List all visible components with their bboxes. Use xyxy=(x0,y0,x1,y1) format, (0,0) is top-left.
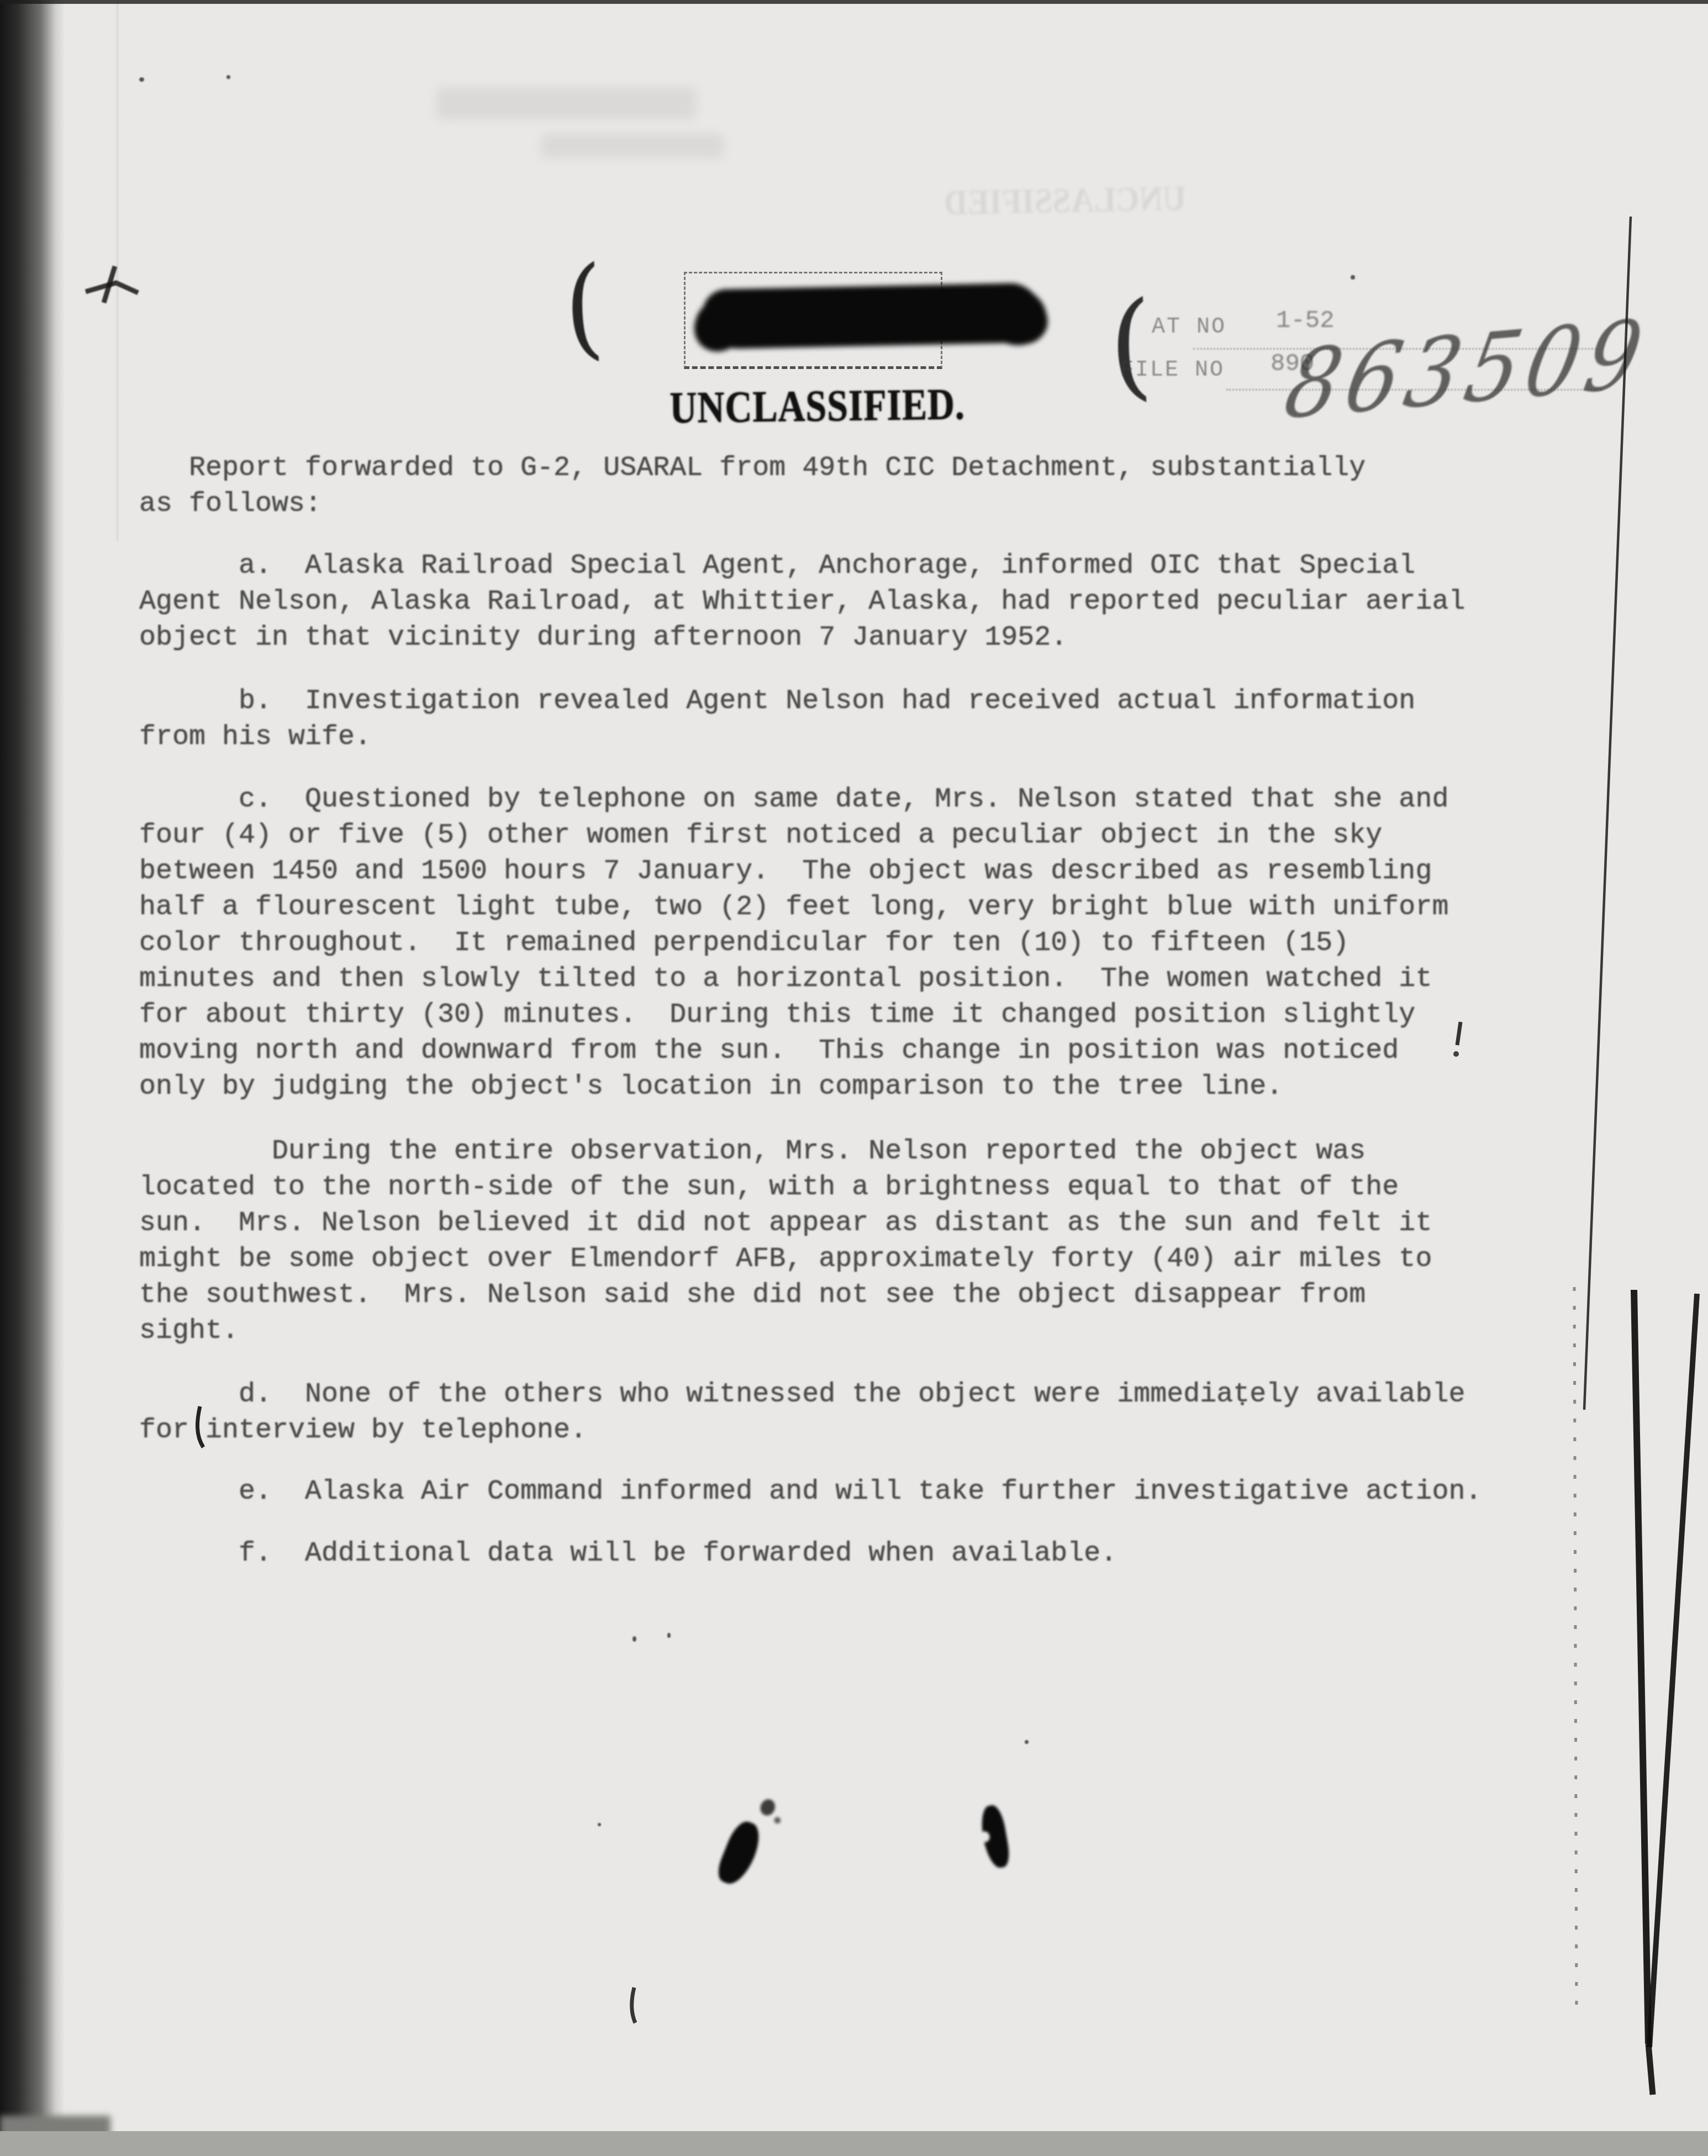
file-no-label: FILE NO xyxy=(1120,358,1225,383)
paper-crease xyxy=(117,0,118,541)
bleed-through-smudge xyxy=(436,87,696,119)
scanned-document-page: UNCLASSIFIED UNCLASSIFIED. ( ( AT NO 1-5… xyxy=(0,0,1708,2156)
dust-speck xyxy=(667,1633,671,1638)
at-no-label: AT NO xyxy=(1152,315,1226,340)
paragraph-d: d. None of the others who witnessed the … xyxy=(139,1377,1465,1448)
dust-speck xyxy=(632,1636,636,1642)
paragraph-f: f. Additional data will be forwarded whe… xyxy=(139,1536,1117,1572)
scan-edge-left xyxy=(0,0,65,2132)
redaction-ink-smear xyxy=(702,283,1041,350)
ink-blot xyxy=(978,1804,1011,1870)
dust-speck xyxy=(598,1823,601,1826)
dust-speck xyxy=(139,77,144,82)
paragraph-c-continued: During the entire observation, Mrs. Nels… xyxy=(139,1134,1432,1349)
dust-speck xyxy=(1025,1740,1029,1744)
ink-blot xyxy=(714,1817,766,1889)
pen-paren-mark: ( xyxy=(1107,277,1155,413)
dust-speck xyxy=(1351,275,1355,280)
paragraph-c: c. Questioned by telephone on same date,… xyxy=(139,782,1448,1105)
dust-speck xyxy=(226,75,230,79)
scan-edge-top xyxy=(0,0,1708,4)
scan-edge-bottom xyxy=(0,2131,1708,2156)
bleed-through-stamp-text: UNCLASSIFIED xyxy=(944,178,1187,223)
paragraph-e: e. Alaska Air Command informed and will … xyxy=(139,1474,1482,1510)
paragraph-a: a. Alaska Railroad Special Agent, Anchor… xyxy=(139,548,1465,656)
bleed-through-smudge xyxy=(541,134,724,158)
paragraph-b: b. Investigation revealed Agent Nelson h… xyxy=(139,683,1415,755)
pen-paren-mark: ( xyxy=(562,243,607,372)
unclassified-stamp: UNCLASSIFIED. xyxy=(670,379,965,434)
dust-speck xyxy=(1241,1402,1244,1405)
paragraph-intro: Report forwarded to G-2, USARAL from 49t… xyxy=(139,450,1366,522)
